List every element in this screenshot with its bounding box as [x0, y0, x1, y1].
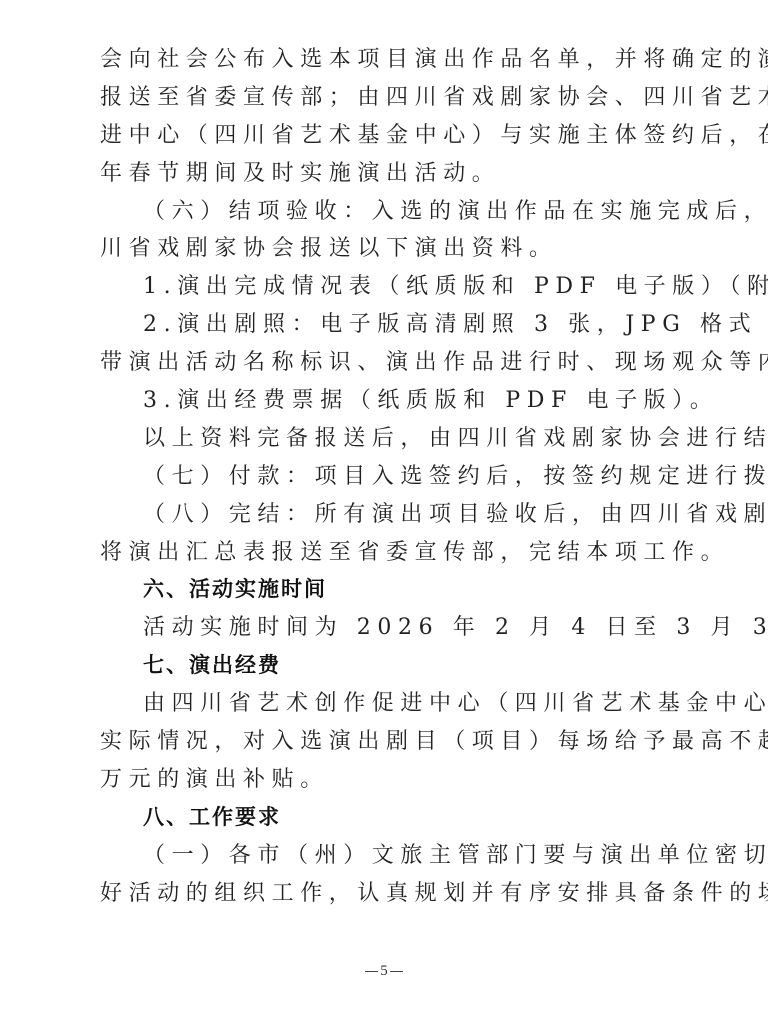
document-page: 会向社会公布入选本项目演出作品名单，并将确定的演出名单 报送至省委宣传部；由四川…	[0, 0, 768, 1034]
list-item-2: 2.演出剧照：电子版高清剧照 3 张，JPG 格式（包括正面	[100, 306, 680, 344]
paragraph-line: 年春节期间及时实施演出活动。	[100, 155, 680, 193]
list-item-3: 3.演出经费票据（纸质版和 PDF 电子版）。	[100, 382, 680, 420]
dash-right	[390, 971, 403, 972]
paragraph-line: 川省戏剧家协会报送以下演出资料。	[100, 230, 680, 268]
paragraph-line: 报送至省委宣传部；由四川省戏剧家协会、四川省艺术创作促	[100, 79, 680, 117]
paragraph-line: 由四川省艺术创作促进中心（四川省艺术基金中心）根据	[100, 685, 680, 723]
page-number-value: 5	[380, 963, 388, 979]
paragraph-line: 万元的演出补贴。	[100, 761, 680, 799]
section-heading-requirements: 八、工作要求	[100, 799, 680, 837]
list-item-1: 1.演出完成情况表（纸质版和 PDF 电子版）（附件 4）；	[100, 268, 680, 306]
paragraph-line: 活动实施时间为 2026 年 2 月 4 日至 3 月 3 日。	[100, 609, 680, 647]
paragraph-line: 实际情况，对入选演出剧目（项目）每场给予最高不超过 1	[100, 723, 680, 761]
section-item-payment: （七）付款：项目入选签约后，按签约规定进行拨付。	[100, 458, 680, 496]
section-item-completion: （八）完结：所有演出项目验收后，由四川省戏剧家协会	[100, 496, 680, 534]
paragraph-line: 带演出活动名称标识、演出作品进行时、现场观众等内容）；	[100, 344, 680, 382]
paragraph-line: 将演出汇总表报送至省委宣传部，完结本项工作。	[100, 534, 680, 572]
dash-left	[365, 971, 378, 972]
document-body: 会向社会公布入选本项目演出作品名单，并将确定的演出名单 报送至省委宣传部；由四川…	[100, 41, 680, 912]
section-heading-schedule: 六、活动实施时间	[100, 571, 680, 609]
section-item-acceptance: （六）结项验收：入选的演出作品在实施完成后，须向四	[100, 193, 680, 231]
paragraph-line: 以上资料完备报送后，由四川省戏剧家协会进行结项验收。	[100, 420, 680, 458]
page-number: 5	[0, 963, 768, 980]
section-heading-funding: 七、演出经费	[100, 647, 680, 685]
paragraph-line: 进中心（四川省艺术基金中心）与实施主体签约后，在 2026	[100, 117, 680, 155]
paragraph-line: 好活动的组织工作，认真规划并有序安排具备条件的场所（优	[100, 875, 680, 913]
section-item-coordination: （一）各市（州）文旅主管部门要与演出单位密切配合做	[100, 837, 680, 875]
paragraph-line: 会向社会公布入选本项目演出作品名单，并将确定的演出名单	[100, 41, 680, 79]
